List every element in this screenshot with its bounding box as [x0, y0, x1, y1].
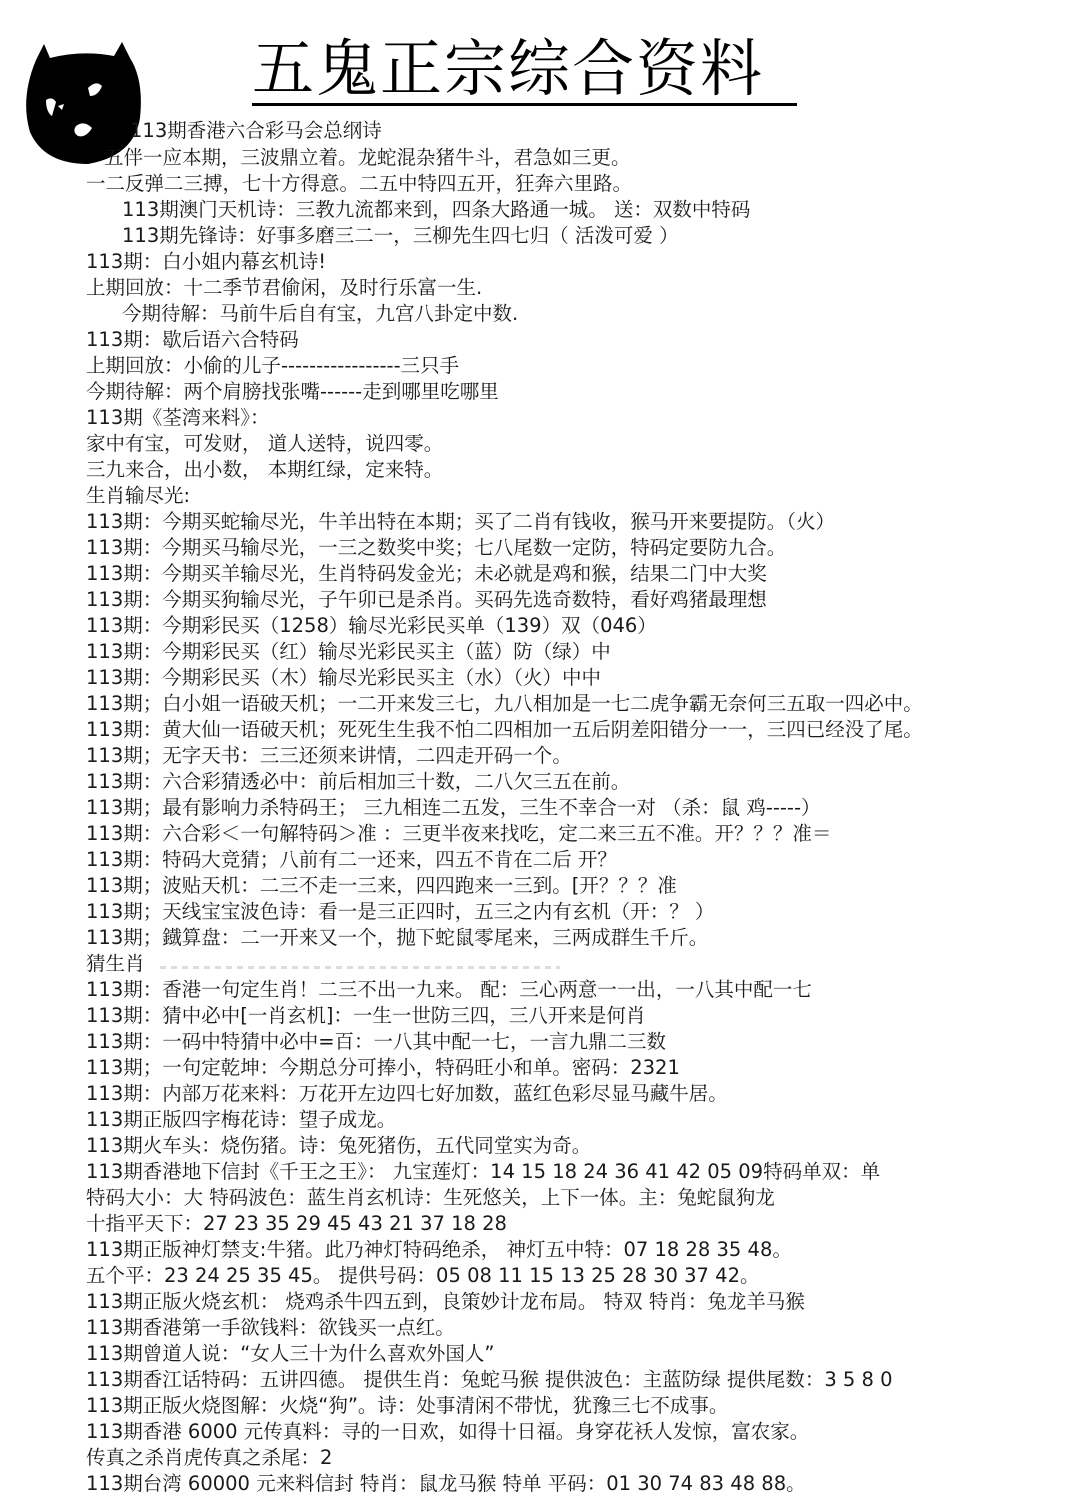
text-line: 113期：猜中必中[一肖玄机]：一生一世防三四，三八开来是何肖 [86, 1003, 645, 1029]
text-line: 113期：今期买狗输尽光，子午卯已是杀肖。买码先选奇数特，看好鸡猪最理想 [86, 587, 767, 613]
text-line: 113期：黄大仙一语破天机；死死生生我不怕二四相加一五后阴差阳错分一一，三四已经… [86, 717, 923, 743]
text-line: 113期：内部万花来料：万花开左边四七好加数，蓝红色彩尽显马藏牛居。 [86, 1081, 728, 1107]
text-line: 传真之杀肖虎传真之杀尾：2 [86, 1445, 332, 1471]
text-line: 113期：今期买蛇输尽光，牛羊出特在本期；买了二肖有钱收，猴马开来要提防。（火） [86, 509, 835, 535]
text-line: 113期澳门天机诗：三教九流都来到，四条大路通一城。 送：双数中特码 [122, 197, 750, 223]
text-line: 猜生肖 [86, 951, 145, 977]
text-line: 生肖输尽光: [86, 483, 190, 509]
text-line: 113期香港 6000 元传真料：寻的一日欢，如得十日福。身穿花袄人发惊，富农家… [86, 1419, 809, 1445]
text-line: 113期；波贴天机：二三不走一三来，四四跑来一三到。[开？？？准 [86, 873, 677, 899]
text-line: 113期：特码大竞猜；八前有二一还来，四五不肯在二后 开？ [86, 847, 617, 873]
text-line: 113期香港地下信封《千王之王》： 九宝莲灯：14 15 18 24 36 41… [86, 1159, 880, 1185]
text-line: 上期回放：小偷的儿子-----------------三只手 [86, 353, 459, 379]
text-line: 十指平天下：27 23 35 29 45 43 21 37 18 28 [86, 1211, 507, 1237]
text-line: 113期：今期买羊输尽光，生肖特码发金光；未必就是鸡和猴，结果二门中大奖 [86, 561, 767, 587]
document-body: 113期香港六合彩马会总纲诗五伴一应本期，三波鼎立着。龙蛇混杂猪牛斗，君急如三更… [0, 0, 1080, 1507]
text-line: 113期香港第一手欲钱料：欲钱买一点红。 [86, 1315, 455, 1341]
text-line: 113期；无字天书：三三还须来讲情，二四走开码一个。 [86, 743, 572, 769]
text-line: 今期待解：马前牛后自有宝，九宫八卦定中数. [122, 301, 518, 327]
text-line: 113期台湾 60000 元来料信封 特肖：鼠龙马猴 特单 平码：01 30 7… [86, 1471, 806, 1497]
text-line: 113期；鐡算盘：二一开来又一个，抛下蛇鼠零尾来，三两成群生千斤。 [86, 925, 708, 951]
text-line: 113期；一句定乾坤：今期总分可捧小，特码旺小和单。密码：2321 [86, 1055, 680, 1081]
text-line: 113期：一码中特猜中必中=百：一八其中配一七，一言九鼎二三数 [86, 1029, 666, 1055]
text-line: 113期：今期彩民买（木）输尽光彩民买主（水）（火）中中 [86, 665, 601, 691]
text-line: 113期：白小姐内幕玄机诗! [86, 249, 326, 275]
text-line: 113期香港六合彩马会总纲诗 [130, 118, 382, 144]
scan-noise-divider [160, 966, 560, 969]
text-line: 113期《荃湾来料》： [86, 405, 269, 431]
text-line: 113期正版火烧图解：火烧“狗”。诗：处事清闲不带忧，犹豫三七不成事。 [86, 1393, 728, 1419]
text-line: 113期：今期买马输尽光，一三之数奖中奖；七八尾数一定防，特码定要防九合。 [86, 535, 786, 561]
text-line: 113期正版四字梅花诗：望子成龙。 [86, 1107, 396, 1133]
text-line: 113期香江话特码：五讲四德。 提供生肖：兔蛇马猴 提供波色：主蓝防绿 提供尾数… [86, 1367, 893, 1393]
text-line: 113期：歇后语六合特码 [86, 327, 299, 353]
text-line: 113期火车头：烧伤猪。诗：兔死猪伤，五代同堂实为奇。 [86, 1133, 591, 1159]
text-line: 113期：香港一句定生肖！二三不出一九来。 配：三心两意一一出，一八其中配一七 [86, 977, 812, 1003]
text-line: 113期；白小姐一语破天机；一二开来发三七，九八相加是一七二虎争霸无奈何三五取一… [86, 691, 923, 717]
text-line: 今期待解：两个肩膀找张嘴------走到哪里吃哪里 [86, 379, 499, 405]
text-line: 特码大小：大 特码波色：蓝生肖玄机诗：生死悠关，上下一体。主：兔蛇鼠狗龙 [86, 1185, 775, 1211]
text-line: 113期；天线宝宝波色诗：看一是三正四时，五三之内有玄机（开：？ ） [86, 899, 714, 925]
text-line: 113期：今期彩民买（1258）输尽光彩民买单（139）双（046） [86, 613, 657, 639]
text-line: 一二反弹二三搏，七十方得意。二五中特四五开，狂奔六里路。 [86, 171, 632, 197]
text-line: 113期曾道人说：“女人三十为什么喜欢外国人” [86, 1341, 494, 1367]
text-line: 113期正版神灯禁支:牛猪。此乃神灯特码绝杀， 神灯五中特：07 18 28 3… [86, 1237, 792, 1263]
text-line: 113期：六合彩＜一句解特码＞准 ：三更半夜来找吃，定二来三五不准。开？？？准＝ [86, 821, 831, 847]
text-line: 113期；最有影响力杀特码王； 三九相连二五发，三生不幸合一对 （杀：鼠 鸡--… [86, 795, 821, 821]
text-line: 113期先锋诗：好事多磨三二一，三柳先生四七归（ 活泼可爱 ） [122, 223, 679, 249]
text-line: 三九来合，出小数， 本期红绿，定来特。 [86, 457, 443, 483]
text-line: 113期：六合彩猜透必中：前后相加三十数，二八欠三五在前。 [86, 769, 630, 795]
text-line: 五伴一应本期，三波鼎立着。龙蛇混杂猪牛斗，君急如三更。 [104, 145, 631, 171]
text-line: 家中有宝，可发财， 道人送特，说四零。 [86, 431, 443, 457]
text-line: 113期：今期彩民买（红）输尽光彩民买主（蓝）防（绿）中 [86, 639, 611, 665]
text-line: 五个平：23 24 25 35 45。 提供号码：05 08 11 15 13 … [86, 1263, 759, 1289]
text-line: 上期回放：十二季节君偷闲，及时行乐富一生. [86, 275, 482, 301]
text-line: 113期正版火烧玄机： 烧鸡杀牛四五到，良策妙计龙布局。 特双 特肖：兔龙羊马猴 [86, 1289, 805, 1315]
